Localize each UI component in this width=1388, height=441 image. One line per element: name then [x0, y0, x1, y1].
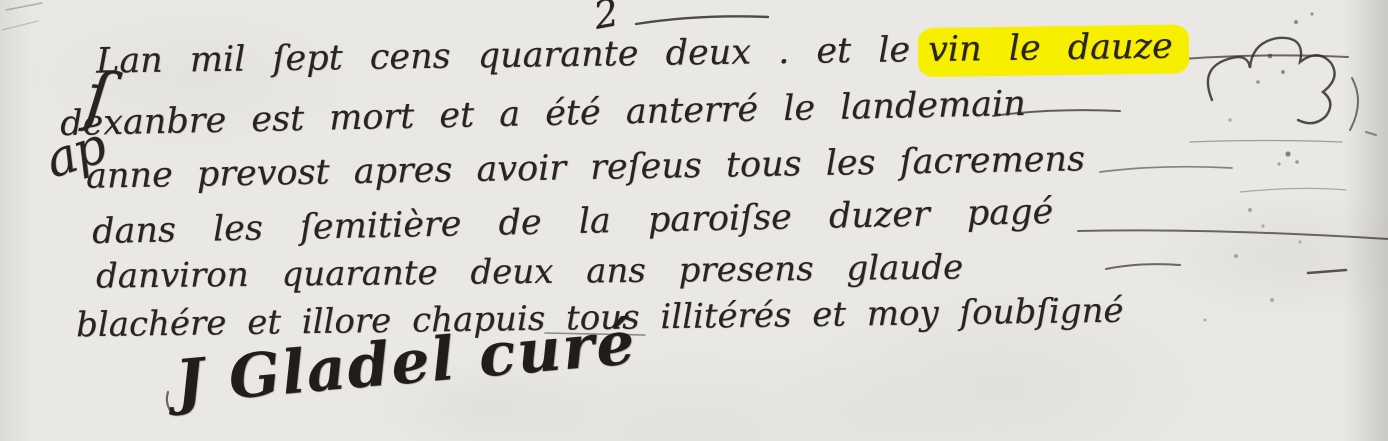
ink-speckle	[1228, 118, 1232, 122]
corner-flourish	[1208, 38, 1335, 123]
ink-speckle	[1234, 254, 1238, 258]
record-line-1: Lan mil ſept cens quarante deux . et lev…	[96, 26, 1189, 81]
line-filler	[1240, 188, 1346, 192]
record-line-4: dans les ſemitière de la paroiſse duzer …	[92, 192, 1054, 252]
ink-speckle	[1310, 12, 1313, 15]
record-line-3: anne prevost apres avoir reſeus tous les…	[86, 139, 1086, 196]
line-filler	[1190, 141, 1342, 143]
line-filler	[1100, 167, 1232, 172]
ink-speckle	[1256, 80, 1260, 84]
scanned-parish-register-page: 2 ſ ap Lan mil ſept cens quarante deux .…	[0, 0, 1388, 441]
stray-mark	[167, 392, 170, 410]
ink-speckle	[1298, 240, 1301, 243]
page-number-underline	[636, 16, 768, 24]
page-number: 2	[590, 0, 621, 38]
ink-speckle	[1281, 70, 1285, 74]
record-line-1-text: Lan mil ſept cens quarante deux . et le	[96, 30, 911, 81]
record-line-2-text: dexanbre est mort et a été anterré le la…	[60, 84, 1026, 144]
ink-speckle	[1248, 208, 1252, 212]
bleed-stroke	[2, 21, 38, 30]
bleed-stroke	[6, 3, 42, 10]
ink-speckle	[1268, 54, 1273, 59]
ink-speckle	[1261, 224, 1264, 227]
margin-arc	[1350, 78, 1358, 130]
line-filler	[1106, 264, 1180, 269]
highlighted-date-text: vin le dauze	[918, 24, 1189, 77]
record-line-4-text: dans les ſemitière de la paroiſse duzer …	[92, 192, 1054, 252]
ink-dash	[1308, 270, 1346, 273]
ink-speckle	[1203, 318, 1206, 321]
record-line-3-text: anne prevost apres avoir reſeus tous les…	[86, 139, 1086, 196]
record-line-2: dexanbre est mort et a été anterré le la…	[60, 84, 1026, 144]
ink-speckle	[1294, 20, 1298, 24]
ink-speckle	[1270, 298, 1274, 302]
ink-blot	[1295, 160, 1299, 164]
record-line-5-text: danviron quarante deux ans presens glaud…	[96, 247, 964, 296]
ink-blot	[1285, 151, 1290, 156]
ink-blot	[1277, 162, 1280, 165]
record-line-5: danviron quarante deux ans presens glaud…	[96, 247, 964, 296]
ink-dash	[1366, 132, 1376, 135]
line-filler	[1078, 230, 1388, 239]
